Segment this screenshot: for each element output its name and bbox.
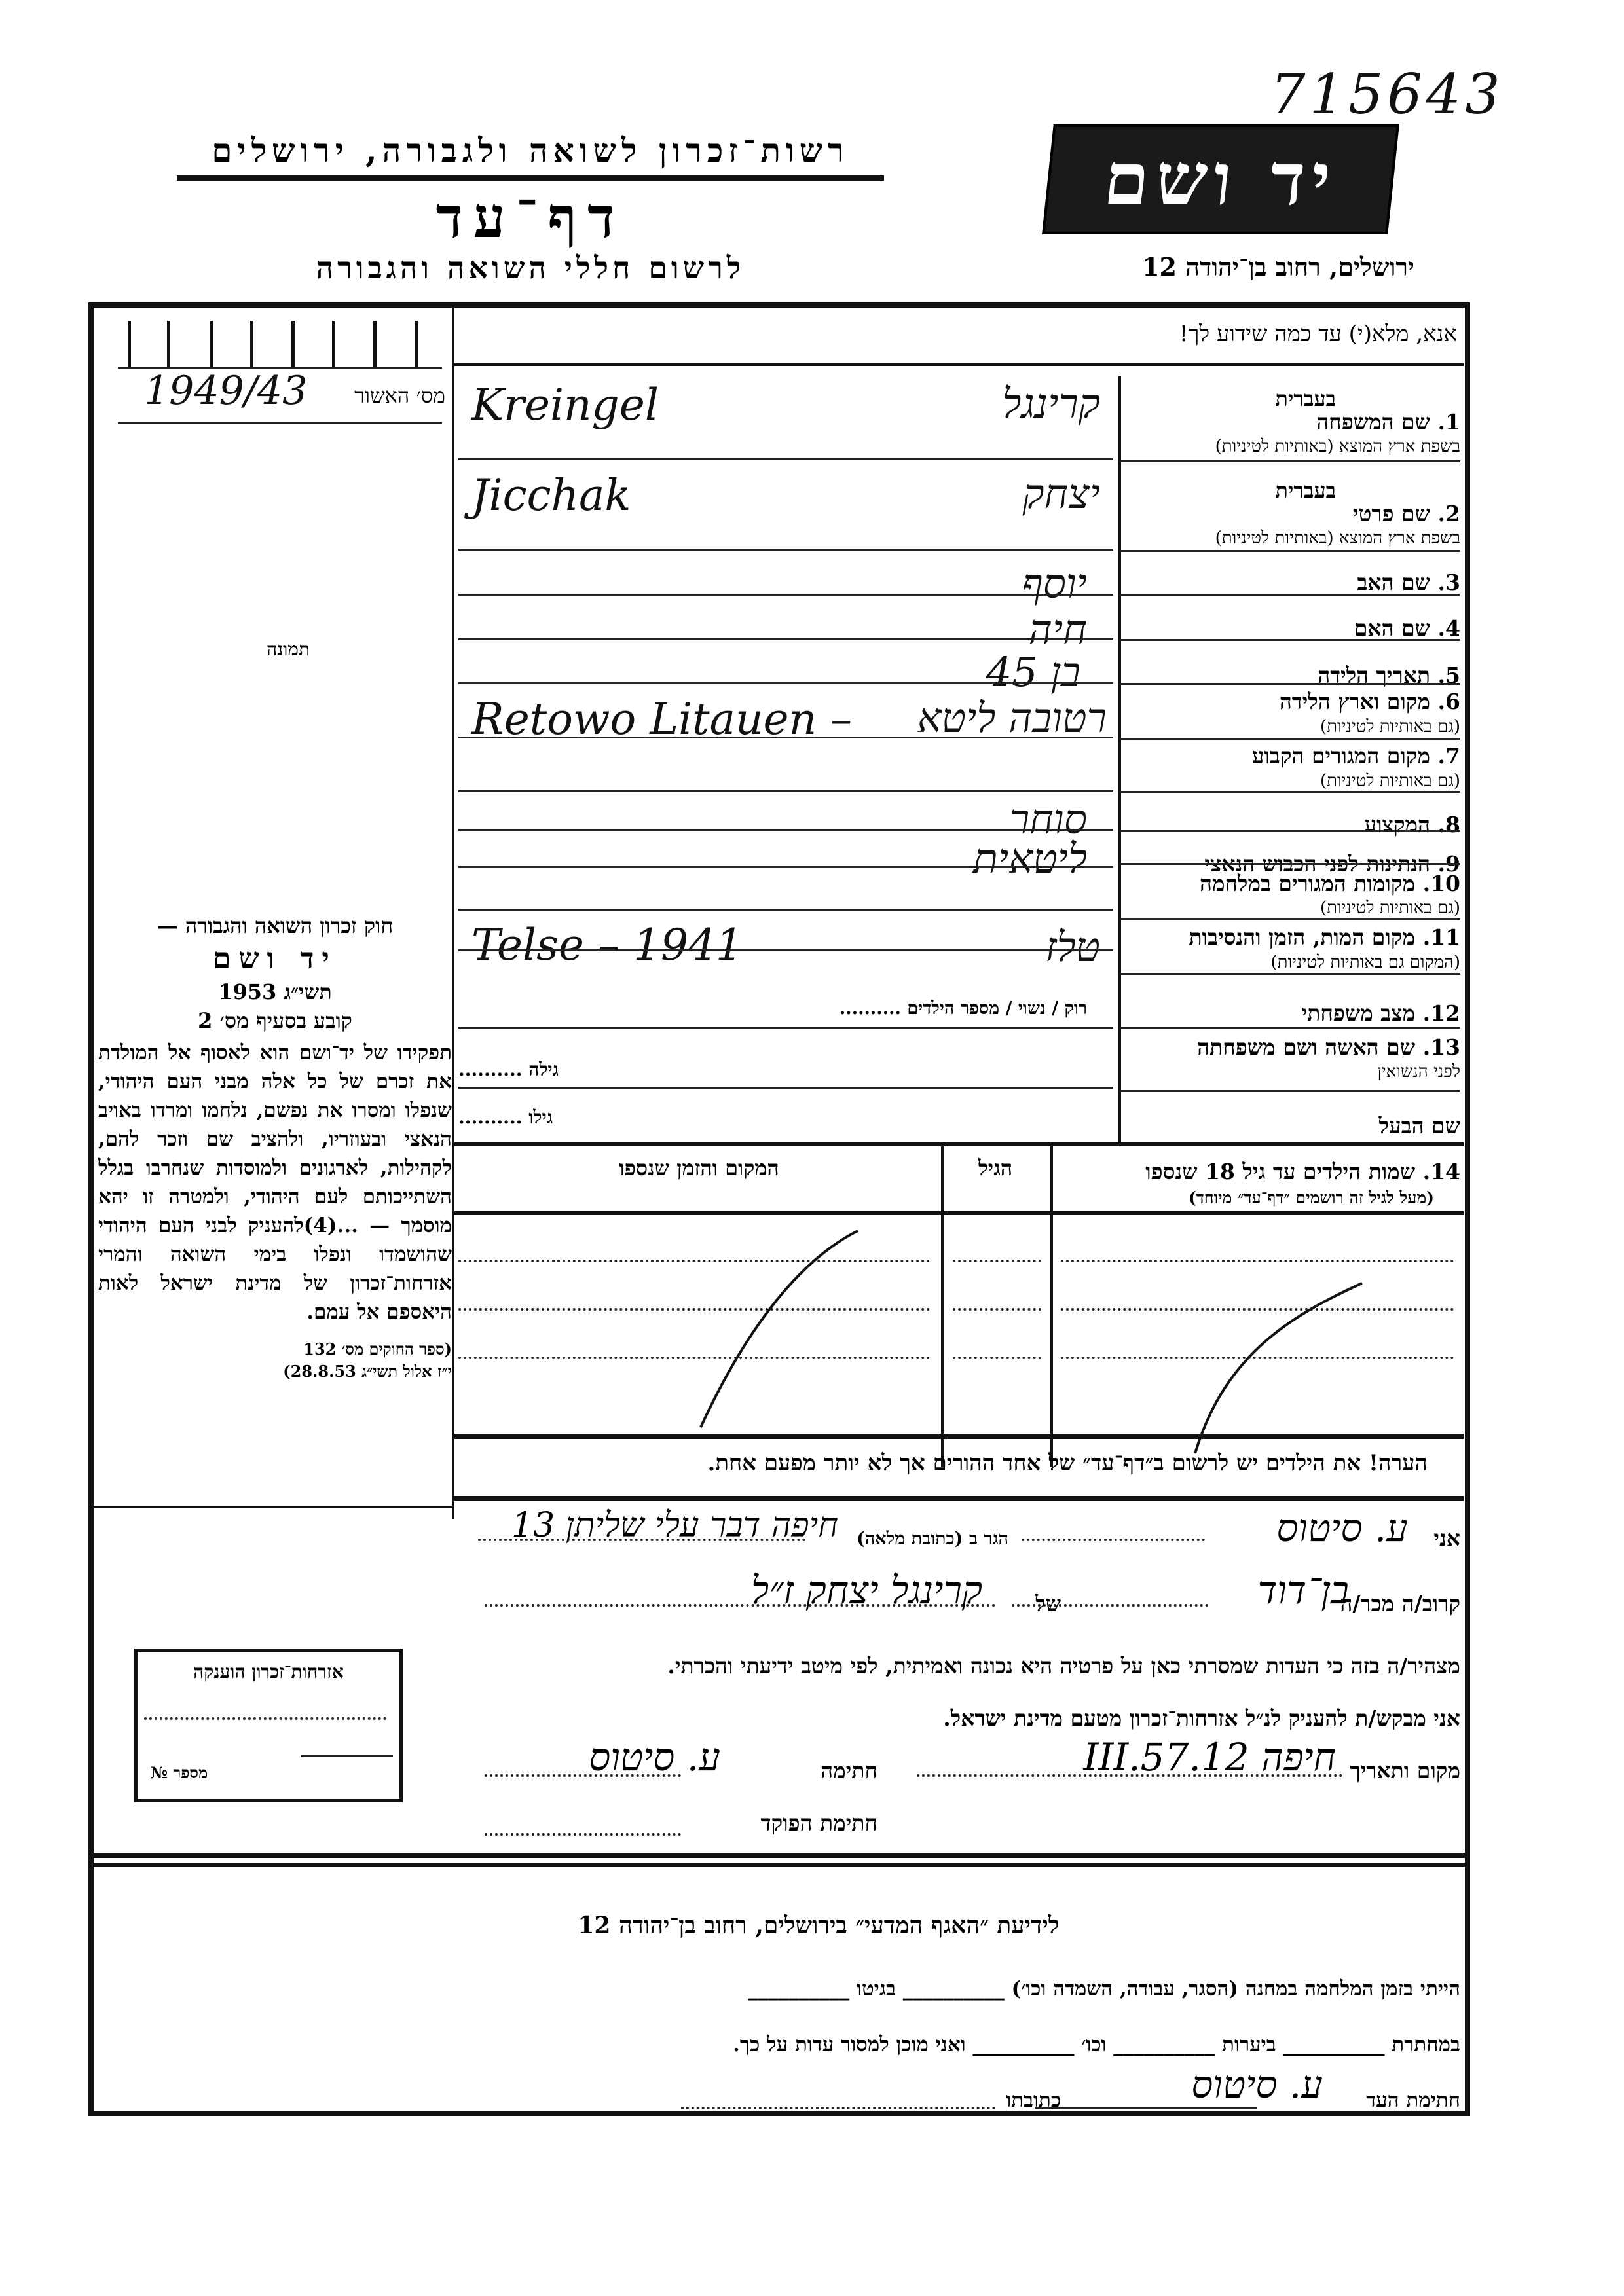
value-family-name-latin[interactable]: Kreingel (471, 380, 659, 430)
rule (458, 737, 1113, 738)
hebrew-tag-2: בעברית (1275, 478, 1336, 503)
witness-address-label: כתובתו (1006, 2088, 1061, 2112)
law-reference-line1: (ספר החוקים מס׳ 132 (98, 1338, 452, 1360)
law-title: חוק זכרון השואה והגבורה — (98, 913, 452, 938)
value-death-place-latin[interactable]: Telse – 1941 (471, 920, 743, 970)
instruction-text: אנא, מלא(י) עד כמה שידוע לך! (1179, 321, 1457, 347)
rule (1120, 830, 1460, 832)
rule (452, 1496, 1464, 1501)
registration-value[interactable]: 1949/43 (144, 368, 307, 414)
photo-placeholder-label: תמונה (196, 638, 380, 661)
officer-signature-field[interactable] (485, 1833, 681, 1836)
of-label: של (1035, 1591, 1061, 1617)
rule (88, 1853, 1470, 1858)
certificate-number-label: מספר № (151, 1763, 208, 1783)
declaration-request: אני מבקש/ת להעניק לנ״ל אזרחות־זכרון מטעם… (943, 1705, 1460, 1732)
rule (1022, 1539, 1205, 1541)
sublabel-wife-name: לפני הנשואין (1377, 1062, 1460, 1082)
label-wartime-residence: 10. מקומות המגורים במלחמה (1200, 871, 1460, 897)
rule (301, 1755, 393, 1757)
value-birth-place-hebrew[interactable]: רטובה ליטא (917, 694, 1107, 742)
instruction-rule (452, 363, 1464, 366)
rule (1120, 639, 1460, 641)
rule (478, 1539, 805, 1541)
sublabel-first-name: בשפת ארץ המוצא (באותיות לטיניות) (1215, 528, 1460, 548)
declarant-name[interactable]: ע. סיטוס (1276, 1506, 1408, 1550)
rule (458, 829, 1113, 831)
address: ירושלים, רחוב בן־יהודה 12 (1048, 252, 1414, 282)
rule (458, 682, 1113, 684)
relative-label: קרוב/ה מכר/ה (1340, 1591, 1460, 1617)
label-birth-place: 6. מקום וארץ הלידה (1280, 689, 1460, 715)
rule (144, 1717, 386, 1720)
rule (88, 1506, 452, 1508)
marital-options[interactable]: רוק / נשוי / מספר הילדים .......... (840, 998, 1087, 1019)
info-line-1[interactable]: הייתי בזמן המלחמה במחנה (הסגר, עבודה, הש… (748, 1977, 1460, 2001)
registration-rule (118, 422, 442, 424)
rule (458, 549, 1113, 551)
rule (1120, 1027, 1460, 1029)
rule (458, 594, 1113, 596)
wife-age-label[interactable]: גילה .......... (458, 1059, 559, 1081)
label-family-name: 1. שם המשפחה (1316, 409, 1460, 435)
place-date-label: מקום ותאריך (1350, 1758, 1460, 1784)
declaration-statement: מצהיר/ה בזה כי העדות שמסרתי כאן על פרטיה… (667, 1653, 1460, 1679)
rule (458, 458, 1113, 460)
law-year: תשי״ג 1953 (98, 979, 452, 1004)
logo-text: יד ושם (1100, 137, 1341, 222)
officer-signature-label: חתימת הפוקד (761, 1810, 877, 1836)
rule (1120, 863, 1460, 865)
info-line-2[interactable]: במחתרת __________ ביערות __________ וכו׳… (733, 2033, 1460, 2056)
rule (917, 1774, 1342, 1777)
sublabel-birth-place: (גם באותיות לטיניות) (1320, 717, 1460, 737)
label-death-place: 11. מקום המות, הזמן והנסיבות (1189, 924, 1460, 951)
sublabel-family-name: בשפת ארץ המוצא (באותיות לטיניות) (1215, 437, 1460, 456)
form-title: דף־עד (177, 185, 884, 251)
value-family-name-hebrew[interactable]: קרינגל (1002, 380, 1100, 428)
certificate-box-title: אזרחות־זכרון הוענקה (138, 1661, 399, 1683)
signature-value[interactable]: ע. סיטוס (589, 1735, 720, 1779)
witness-signature-value[interactable]: ע. סיטוס (1191, 2062, 1323, 2107)
law-reference: (ספר החוקים מס׳ 132 י״ז אלול תשי״ג 28.8.… (98, 1338, 452, 1383)
witness-signature-label: חתימת העד (1366, 2088, 1460, 2112)
rule (458, 1027, 1113, 1029)
sublabel-residence: (גם באותיות לטיניות) (1320, 771, 1460, 791)
label-profession: 8. המקצוע (1364, 812, 1460, 838)
value-nationality[interactable]: ליטאית (973, 835, 1087, 883)
sublabel-death-place: (המקום גם באותיות לטיניות) (1271, 953, 1460, 972)
archive-number: 715643 (1270, 62, 1504, 126)
value-birth-date[interactable]: בן 45 (986, 648, 1080, 697)
rule (1120, 683, 1460, 685)
rule (452, 1434, 1464, 1439)
rule (458, 790, 1113, 792)
law-body: תפקידו של יד־ושם הוא לאסוף אל המולדת את … (98, 1038, 452, 1326)
certificate-box: אזרחות־זכרון הוענקה מספר № (134, 1649, 403, 1802)
law-reference-line2: י״ז אלול תשי״ג 28.8.53) (98, 1360, 452, 1383)
form-subtitle: לרשום חללי השואה והגבורה (177, 250, 884, 285)
signature-label: חתימה (821, 1758, 877, 1784)
label-residence: 7. מקום המגורים הקבוע (1252, 743, 1460, 769)
children-subtitle: (מעל לגיל זה רושמים ״דף־עד״ מיוחד) (1189, 1188, 1434, 1208)
hebrew-tag-1: בעברית (1275, 386, 1336, 411)
rule (458, 638, 1113, 640)
children-col-age: הגיל (943, 1156, 1048, 1180)
header-rule (177, 175, 884, 181)
rule (458, 866, 1113, 868)
law-excerpt: חוק זכרון השואה והגבורה — יד ושם תשי״ג 1… (98, 913, 452, 1383)
law-section: קובע בסעיף מס׳ 2 (98, 1008, 452, 1033)
section-14-rule (452, 1142, 1464, 1146)
rule (1035, 2107, 1257, 2109)
label-wife-name: 13. שם האשה ושם משפחתה (1197, 1034, 1460, 1061)
label-husband-name: שם הבעל (1379, 1113, 1460, 1139)
registration-label: מס׳ האשור (288, 383, 445, 408)
yad-vashem-logo: יד ושם (1042, 124, 1399, 234)
rule (485, 1604, 995, 1607)
residing-label: הגר ב (כתובת מלאה) (857, 1529, 1008, 1549)
rule (458, 1087, 1113, 1089)
children-col-place-time: המקום והזמן שנספו (458, 1156, 940, 1180)
husband-age-label[interactable]: גילו .......... (458, 1106, 553, 1129)
label-marital-status: 12. מצב משפחתי (1302, 1000, 1460, 1027)
rule (1120, 973, 1460, 975)
relation-value[interactable]: בן־דוד (1257, 1568, 1349, 1613)
place-date-value[interactable]: חיפה 12.III.57 (1083, 1735, 1336, 1779)
rule (1120, 1090, 1460, 1092)
value-mother-name[interactable]: חיה (1029, 606, 1087, 654)
organization-name: רשות־זכרון לשואה ולגבורה, ירושלים (177, 131, 884, 170)
rule (485, 1774, 681, 1777)
rule (1120, 594, 1460, 596)
value-first-name-latin[interactable]: Jicchak (471, 470, 631, 520)
label-mother-name: 4. שם האם (1354, 615, 1460, 642)
value-first-name-hebrew[interactable]: יצחק (1022, 470, 1100, 519)
declaration-i-label: אני (1433, 1525, 1460, 1552)
rule (88, 1863, 1470, 1867)
value-father-name[interactable]: יוסף (1022, 560, 1087, 608)
rule (1120, 550, 1460, 552)
registration-ticks (128, 321, 455, 373)
info-section-heading: לידיעת ״האגף המדעי״ בירושלים, רחוב בן־יה… (458, 1912, 1179, 1939)
rule (458, 949, 1113, 951)
law-name: יד ושם (98, 942, 452, 975)
rule (1120, 738, 1460, 740)
rule (1120, 918, 1460, 920)
label-father-name: 3. שם האב (1357, 570, 1461, 596)
children-note: הערה! את הילדים יש לרשום ב״דף־עד״ של אחד… (458, 1450, 1428, 1476)
witness-address-field[interactable] (681, 2107, 995, 2109)
children-title: 14. שמות הילדים עד גיל 18 שנספו (1145, 1159, 1460, 1185)
rule (458, 909, 1113, 911)
label-first-name: 2. שם פרטי (1353, 501, 1460, 527)
rule (1120, 791, 1460, 793)
rule (1120, 460, 1460, 462)
value-death-place-hebrew[interactable]: טלז (1045, 923, 1100, 972)
sublabel-wartime-residence: (גם באותיות לטיניות) (1320, 898, 1460, 918)
